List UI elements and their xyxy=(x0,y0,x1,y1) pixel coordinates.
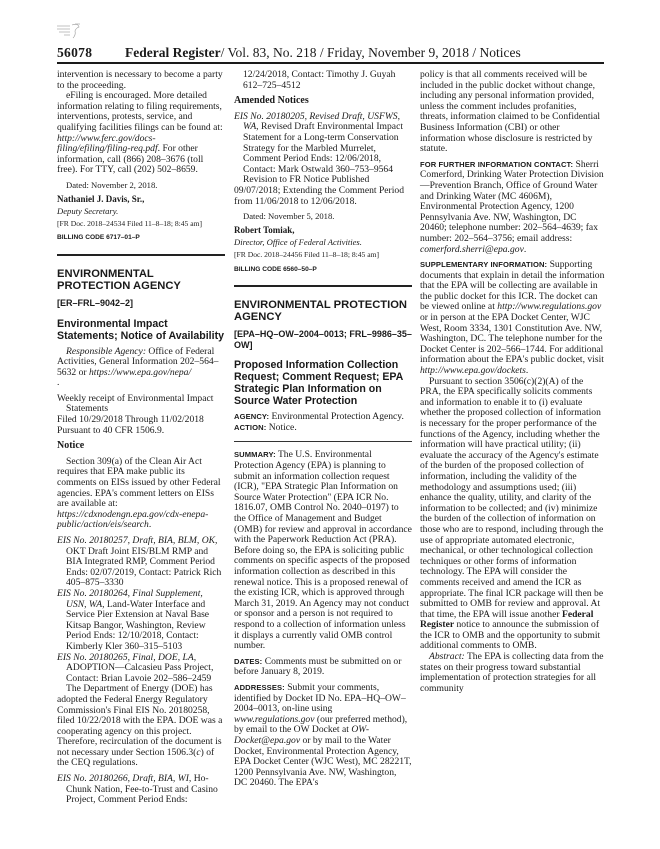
label: ACTION: xyxy=(234,423,266,432)
signer-name: Robert Tomiak, xyxy=(234,225,412,236)
text: Environmental Protection Agency. xyxy=(269,411,404,422)
text: or in person at the EPA Docket Center, W… xyxy=(420,312,604,365)
label: DATES: xyxy=(234,657,262,666)
cdx-enepa-link[interactable]: https://cdxnodengn.epa.gov/cdx-enepa-pub… xyxy=(57,509,208,531)
header-rule xyxy=(57,62,604,64)
action-line: ACTION: Notice. xyxy=(234,423,412,434)
signer-title: Director, Office of Federal Activities. xyxy=(234,237,412,248)
divider xyxy=(234,441,412,442)
text: eFiling is encouraged. More detailed inf… xyxy=(57,90,223,133)
eis-entry: EIS No. 20180265, Final, DOE, LA, ADOPTI… xyxy=(57,653,225,685)
notice-title: Environmental Impact Statements; Notice … xyxy=(57,318,225,342)
label: SUMMARY: xyxy=(234,450,276,459)
pursuant-cfr: Pursuant to 40 CFR 1506.9. xyxy=(57,426,225,437)
fr-doc-number: [FR Doc. 2018–24534 Filed 11–8–18; 8:45 … xyxy=(57,219,225,230)
section-divider xyxy=(57,254,225,256)
column-1: intervention is necessary to become a pa… xyxy=(57,70,225,806)
addresses-paragraph: ADDRESSES: Submit your comments, identif… xyxy=(234,683,412,789)
eis-entry: EIS No. 20180264, Final Supplement, USN,… xyxy=(57,589,225,653)
regulations-gov-link[interactable]: http://www.regulations.gov xyxy=(497,301,601,312)
contact-email-link[interactable]: comerford.sherri@epa.gov xyxy=(420,244,524,255)
ferc-paragraph-2: eFiling is encouraged. More detailed inf… xyxy=(57,91,225,176)
weekly-receipt: Weekly receipt of Environmental Impact S… xyxy=(57,394,225,415)
responsible-agency: Responsible Agency: Office of Federal Ac… xyxy=(57,347,225,379)
eis-entry: EIS No. 20180205, Revised Draft, USFWS, … xyxy=(234,112,412,176)
column-2: 12/24/2018, Contact: Timothy J. Guyah 61… xyxy=(234,70,412,789)
summary-paragraph: SUMMARY: The U.S. Environmental Protecti… xyxy=(234,450,412,651)
regulations-gov-link[interactable]: www.regulations.gov xyxy=(234,714,314,725)
text: . xyxy=(526,365,528,376)
dated-line: Dated: November 2, 2018. xyxy=(57,180,225,191)
text: Pursuant to section 3506(c)(2)(A) of the… xyxy=(420,376,603,620)
eis-text: OKT Draft Joint EIS/BLM RMP and BIA Inte… xyxy=(66,546,221,589)
text: Sherri Comerford, Drinking Water Protect… xyxy=(420,159,604,244)
epa-dockets-link[interactable]: http://www.epa.gov/dockets xyxy=(420,365,526,376)
doe-adoption-paragraph: The Department of Energy (DOE) has adopt… xyxy=(57,684,225,769)
text: Section 309(a) of the Clean Air Act requ… xyxy=(57,456,221,509)
docket-number: [EPA–HQ–OW–2004–0013; FRL–9986–35–OW] xyxy=(234,329,412,350)
eis-id: EIS No. 20180265, Final, DOE, LA, xyxy=(57,652,196,663)
label: FOR FURTHER INFORMATION CONTACT: xyxy=(420,160,573,169)
text: Notice. xyxy=(266,422,296,433)
contact-paragraph: FOR FURTHER INFORMATION CONTACT: Sherri … xyxy=(420,160,605,255)
fr-doc-number: [FR Doc. 2018–24456 Filed 11–8–18; 8:45 … xyxy=(234,250,412,261)
notice-title: Proposed Information Collection Request;… xyxy=(234,359,412,407)
dot: . xyxy=(57,378,225,389)
page-number: 56078 xyxy=(57,45,92,61)
text: The U.S. Environmental Protection Agency… xyxy=(234,449,412,651)
label: AGENCY: xyxy=(234,412,269,421)
amended-notices-heading: Amended Notices xyxy=(234,96,412,107)
eis-id: EIS No. 20180257, Draft, BIA, BLM, OK, xyxy=(57,535,217,546)
publication-name: Federal Register xyxy=(125,45,221,60)
notice-paragraph: Section 309(a) of the Clean Air Act requ… xyxy=(57,457,225,531)
eis-entry-continued: 12/24/2018, Contact: Timothy J. Guyah 61… xyxy=(234,70,412,91)
label: ADDRESSES: xyxy=(234,683,285,692)
dated-line: Dated: November 5, 2018. xyxy=(234,211,412,222)
agency-heading: ENVIRONMENTAL PROTECTION AGENCY xyxy=(57,268,225,292)
signer-name: Nathaniel J. Davis, Sr., xyxy=(57,194,225,205)
revision-note: Revision to FR Notice Published 09/07/20… xyxy=(234,175,412,207)
section-divider xyxy=(234,285,412,287)
dates-paragraph: DATES: Comments must be submitted on or … xyxy=(234,657,412,678)
column-3: policy is that all comments received wil… xyxy=(420,70,605,694)
eis-entry: EIS No. 20180257, Draft, BIA, BLM, OK, O… xyxy=(57,536,225,589)
abstract-paragraph: Abstract: The EPA is collecting data fro… xyxy=(420,652,605,694)
text: . xyxy=(149,519,151,530)
docket-number: [ER–FRL–9042–2] xyxy=(57,298,225,309)
gpo-logo-icon xyxy=(56,22,82,40)
agency-line: AGENCY: Environmental Protection Agency. xyxy=(234,412,412,423)
label: Abstract: xyxy=(429,651,465,662)
label: Responsible Agency: xyxy=(66,346,146,357)
issue-info: / Vol. 83, No. 218 / Friday, November 9,… xyxy=(221,45,521,60)
billing-code: BILLING CODE 6560–50–P xyxy=(234,265,412,276)
eis-entry: EIS No. 20180266, Draft, BIA, WI, Ho-Chu… xyxy=(57,774,225,806)
signer-title: Deputy Secretary. xyxy=(57,206,225,217)
text: . xyxy=(524,244,526,255)
supplementary-paragraph: SUPPLEMENTARY INFORMATION: Supporting do… xyxy=(420,260,605,377)
ferc-filing-link[interactable]: http://www.ferc.gov/docs-filing/efiling/… xyxy=(57,133,158,155)
ferc-paragraph-1: intervention is necessary to become a pa… xyxy=(57,70,225,91)
eis-id: EIS No. 20180266, Draft, BIA, WI, xyxy=(57,773,191,784)
epa-nepa-link[interactable]: https://www.epa.gov/nepa/ xyxy=(89,367,191,378)
running-head: Federal Register/ Vol. 83, No. 218 / Fri… xyxy=(125,45,521,61)
label: SUPPLEMENTARY INFORMATION: xyxy=(420,260,547,269)
notice-subheading: Notice xyxy=(57,441,225,452)
addresses-continued: policy is that all comments received wil… xyxy=(420,70,605,155)
agency-heading: ENVIRONMENTAL PROTECTION AGENCY xyxy=(234,299,412,323)
billing-code: BILLING CODE 6717–01–P xyxy=(57,233,225,244)
eis-text: Revised Draft Environmental Impact State… xyxy=(243,121,403,174)
eis-text: ADOPTION—Calcasieu Pass Project, Contact… xyxy=(66,662,213,684)
pursuant-paragraph: Pursuant to section 3506(c)(2)(A) of the… xyxy=(420,377,605,652)
